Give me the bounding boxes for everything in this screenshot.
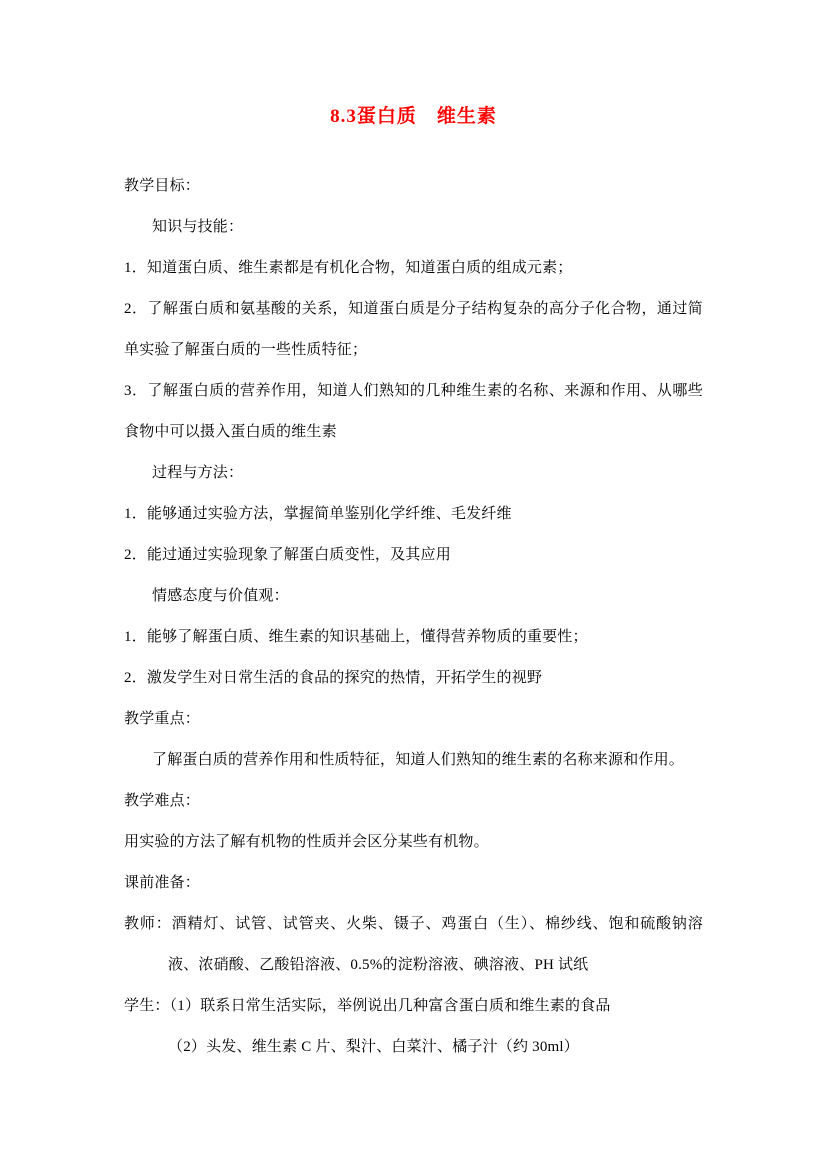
preparation-student-item-2: （2）头发、维生素 C 片、梨汁、白菜汁、橘子汁（约 30ml） (124, 1027, 703, 1068)
heading-teaching-objectives: 教学目标： (124, 166, 703, 207)
teaching-difficulty-text: 用实验的方法了解有机物的性质并会区分某些有机物。 (124, 822, 703, 863)
objective-knowledge-item-1: 1．知道蛋白质、维生素都是有机化合物，知道蛋白质的组成元素； (124, 248, 703, 289)
preparation-teacher-text: 教师：酒精灯、试管、试管夹、火柴、镊子、鸡蛋白（生）、棉纱线、饱和硫酸钠溶液、浓… (124, 904, 703, 986)
teaching-focus-text: 了解蛋白质的营养作用和性质特征，知道人们熟知的维生素的名称来源和作用。 (124, 740, 703, 781)
document-page: 8.3蛋白质 维生素 教学目标： 知识与技能： 1．知道蛋白质、维生素都是有机化… (0, 0, 827, 1170)
heading-teaching-focus: 教学重点： (124, 699, 703, 740)
objective-emotion-item-1: 1．能够了解蛋白质、维生素的知识基础上，懂得营养物质的重要性； (124, 617, 703, 658)
objective-emotion-item-2: 2．激发学生对日常生活的食品的探究的热情，开拓学生的视野 (124, 658, 703, 699)
subheading-knowledge-skills: 知识与技能： (124, 207, 703, 248)
subheading-process-methods: 过程与方法： (124, 453, 703, 494)
objective-process-item-1: 1．能够通过实验方法，掌握简单鉴别化学纤维、毛发纤维 (124, 494, 703, 535)
objective-process-item-2: 2．能过通过实验现象了解蛋白质变性，及其应用 (124, 535, 703, 576)
page-title: 8.3蛋白质 维生素 (124, 104, 703, 130)
objective-knowledge-item-2: 2．了解蛋白质和氨基酸的关系，知道蛋白质是分子结构复杂的高分子化合物，通过简单实… (124, 289, 703, 371)
subheading-emotion-values: 情感态度与价值观： (124, 576, 703, 617)
preparation-student-item-1: 学生：（1）联系日常生活实际，举例说出几种富含蛋白质和维生素的食品 (124, 986, 703, 1027)
heading-class-preparation: 课前准备： (124, 863, 703, 904)
heading-teaching-difficulty: 教学难点： (124, 781, 703, 822)
document-body: 教学目标： 知识与技能： 1．知道蛋白质、维生素都是有机化合物，知道蛋白质的组成… (124, 166, 703, 1068)
objective-knowledge-item-3: 3．了解蛋白质的营养作用，知道人们熟知的几种维生素的名称、来源和作用、从哪些食物… (124, 371, 703, 453)
